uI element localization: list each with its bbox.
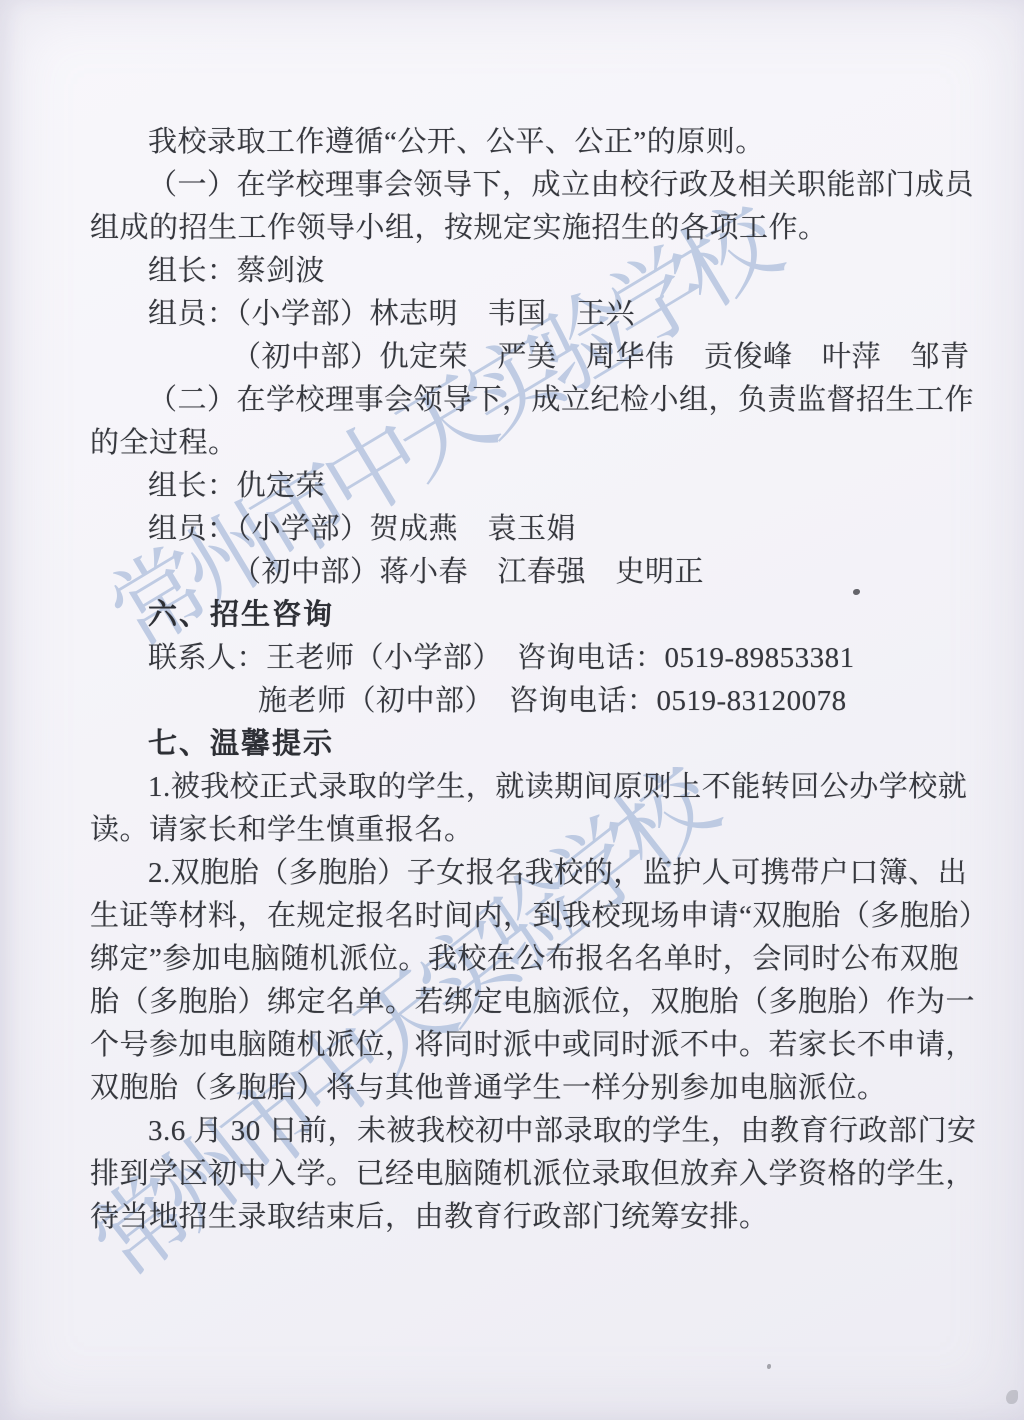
text-line: 生证等材料，在规定报名时间内，到我校现场申请“双胞胎（多胞胎） (90, 895, 950, 938)
ink-speck (1006, 1390, 1018, 1404)
text-line: 排到学区初中入学。已经电脑随机派位录取但放弃入学资格的学生， (90, 1153, 950, 1196)
text-line: （一）在学校理事会领导下，成立由校行政及相关职能部门成员 (90, 164, 950, 207)
text-line: 组长：蔡剑波 (90, 250, 950, 293)
section-heading: 七、温馨提示 (90, 723, 950, 766)
text-line: 3.6 月 30 日前，未被我校初中部录取的学生，由教育行政部门安 (90, 1110, 950, 1153)
section-heading: 六、招生咨询 (90, 594, 950, 637)
text-line: 绑定”参加电脑随机派位。我校在公布报名名单时，会同时公布双胞 (90, 938, 950, 981)
text-line: 个号参加电脑随机派位，将同时派中或同时派不中。若家长不申请， (90, 1024, 950, 1067)
text-line: 我校录取工作遵循“公开、公平、公正”的原则。 (90, 121, 950, 164)
text-line: 联系人：王老师（小学部） 咨询电话：0519-89853381 (90, 637, 950, 680)
text-line: （二）在学校理事会领导下，成立纪检小组，负责监督招生工作 (90, 379, 950, 422)
text-line: 读。请家长和学生慎重报名。 (90, 809, 950, 852)
text-line: 胎（多胞胎）绑定名单。若绑定电脑派位，双胞胎（多胞胎）作为一 (90, 981, 950, 1024)
text-line: 的全过程。 (90, 422, 950, 465)
text-line: （初中部）仇定荣 严美 周华伟 贡俊峰 叶萍 邹青 (90, 336, 950, 379)
text-line: 施老师（初中部） 咨询电话：0519-83120078 (90, 680, 950, 723)
text-line: 组长：仇定荣 (90, 465, 950, 508)
ink-speck (767, 1364, 771, 1369)
document-page: 常州市中天实验学校 常州市中天实验学校 我校录取工作遵循“公开、公平、公正”的原… (0, 0, 1024, 1420)
text-line: （初中部）蒋小春 江春强 史明正 (90, 551, 950, 594)
text-line: 双胞胎（多胞胎）将与其他普通学生一样分别参加电脑派位。 (90, 1067, 950, 1110)
text-line: 组员：（小学部）林志明 韦国 王兴 (90, 293, 950, 336)
document-body: 我校录取工作遵循“公开、公平、公正”的原则。（一）在学校理事会领导下，成立由校行… (90, 121, 950, 1239)
text-line: 组成的招生工作领导小组，按规定实施招生的各项工作。 (90, 207, 950, 250)
text-line: 2.双胞胎（多胞胎）子女报名我校的，监护人可携带户口簿、出 (90, 852, 950, 895)
text-line: 1.被我校正式录取的学生，就读期间原则上不能转回公办学校就 (90, 766, 950, 809)
text-line: 组员：（小学部）贺成燕 袁玉娟 (90, 508, 950, 551)
text-line: 待当地招生录取结束后，由教育行政部门统筹安排。 (90, 1196, 950, 1239)
